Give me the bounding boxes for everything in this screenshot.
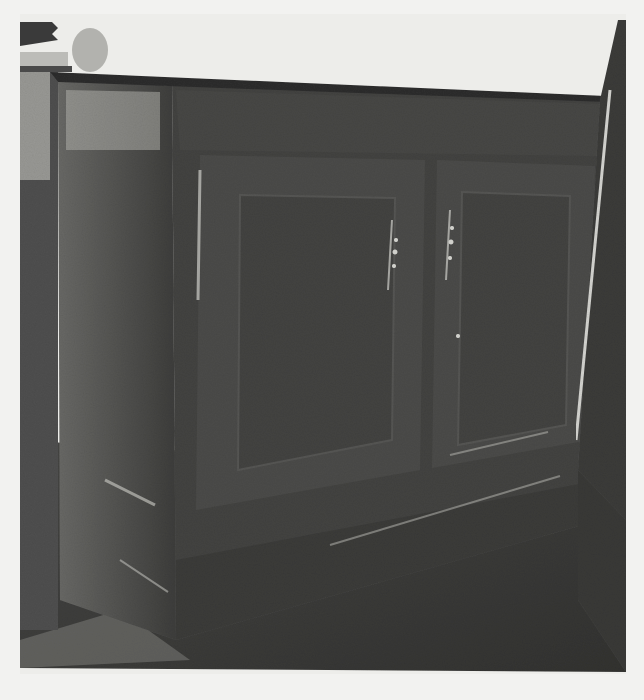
cabinet-illustration (0, 0, 644, 700)
cabinet-photograph: Black-and-white photograph of a wooden t… (0, 0, 644, 700)
left-wall-edge (20, 70, 58, 630)
